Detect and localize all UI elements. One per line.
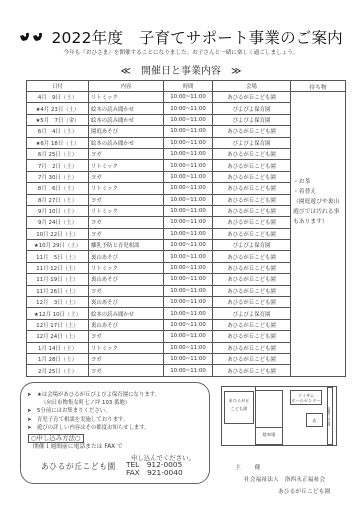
location-map: あひるが丘 こども園 駐車場 ライサム ホールセンター 店 県道三号線 — [221, 386, 337, 446]
time-cell: 10:00~11:00 — [164, 160, 213, 171]
time-cell: 10:00~11:00 — [164, 148, 213, 159]
time-cell: 10:00~11:00 — [164, 126, 213, 137]
content-cell: ヨガ — [89, 353, 164, 364]
page-title: 2022年度 子育てサポート事業のご案内 — [0, 26, 362, 48]
content-cell: リトミック — [89, 183, 164, 194]
table-row: 4月 9日（土）リトミック10:00~11:00あひるが丘こども園・お茶・着替え… — [27, 92, 346, 103]
date-cell: 4月 9日（土） — [27, 92, 89, 103]
date-cell: 8月 6日（土） — [27, 183, 89, 194]
content-cell: ヨガ — [89, 331, 164, 342]
venue-cell: あひるが丘こども園 — [213, 274, 291, 285]
venue-cell: あひるが丘こども園 — [213, 148, 291, 159]
date-cell: 1月 28日（土） — [27, 353, 89, 364]
venue-cell: ぴよぴよ保育園 — [213, 103, 291, 114]
date-cell: ★12月 10日（土） — [27, 308, 89, 319]
time-cell: 10:00~11:00 — [164, 262, 213, 273]
map-hall: ライサム ホールセンター — [290, 390, 322, 405]
bring-item: もあります） — [293, 217, 343, 227]
content-cell: リトミック — [89, 262, 164, 273]
time-cell: 10:00~11:00 — [164, 285, 213, 296]
note-item: ➤5分前にはお集まりください。 — [27, 407, 209, 415]
time-cell: 10:00~11:00 — [164, 171, 213, 182]
date-cell: 1月 14日（土） — [27, 342, 89, 353]
col-venue: 会場 — [213, 81, 291, 92]
bring-item: ・着替え — [293, 187, 343, 197]
venue-cell: あひるが丘こども園 — [213, 285, 291, 296]
apply-text: 開催１週間前に電話または FAX で — [33, 443, 209, 451]
date-cell: 6月 25日（土） — [27, 148, 89, 159]
map-block — [222, 387, 256, 445]
venue-cell: ぴよぴよ保育園 — [213, 240, 291, 251]
date-cell: 12月 17日（土） — [27, 319, 89, 330]
time-cell: 10:00~11:00 — [164, 228, 213, 239]
venue-cell: あひるが丘こども園 — [213, 126, 291, 137]
content-cell: ヨガ — [89, 171, 164, 182]
venue-cell: ぴよぴよ保育園 — [213, 308, 291, 319]
time-cell: 10:00~11:00 — [164, 92, 213, 103]
content-cell: 裏山あそび — [89, 319, 164, 330]
time-cell: 10:00~11:00 — [164, 240, 213, 251]
venue-cell: ぴよぴよ保育園 — [213, 114, 291, 125]
date-cell: 9月 10日（土） — [27, 205, 89, 216]
duck-icon — [19, 32, 49, 47]
map-parking: 駐車場 — [255, 427, 283, 445]
title-text: 2022年度 子育てサポート事業のご案内 — [51, 29, 342, 47]
info-box: ➤★は会場があひるが丘ぴよぴよ保育園になります。 （向日市物集女町七ノ坪 103… — [20, 382, 210, 484]
schedule-table: 日付 内容 時間 会場 持ち物 4月 9日（土）リトミック10:00~11:00… — [26, 80, 346, 377]
content-cell: ヨガ — [89, 365, 164, 376]
col-time: 時間 — [164, 81, 213, 92]
bring-items-cell: ・お茶・着替え（園庭遊びや裏山遊びでは汚れる事もあります） — [291, 92, 346, 377]
time-cell: 10:00~11:00 — [164, 103, 213, 114]
date-cell: 6月 4日（土） — [27, 126, 89, 137]
time-cell: 10:00~11:00 — [164, 319, 213, 330]
content-cell: 絵本の読み聞かせ — [89, 308, 164, 319]
content-cell: リトミック — [89, 205, 164, 216]
date-cell: 12月 3日（土） — [27, 297, 89, 308]
venue-cell: あひるが丘こども園 — [213, 365, 291, 376]
col-bring: 持ち物 — [291, 81, 346, 92]
venue-cell: あひるが丘こども園 — [213, 319, 291, 330]
date-cell: 11月 26日（土） — [27, 285, 89, 296]
section-title: ≪ 開催日と事業内容 ≫ — [0, 62, 362, 77]
note-item: ➤★は会場があひるが丘ぴよぴよ保育園になります。 — [27, 391, 209, 399]
venue-cell: あひるが丘こども園 — [213, 262, 291, 273]
col-date: 日付 — [27, 81, 89, 92]
time-cell: 10:00~11:00 — [164, 194, 213, 205]
content-cell: ヨガ — [89, 285, 164, 296]
venue-cell: あひるが丘こども園 — [213, 217, 291, 228]
date-cell: 11月 5日（土） — [27, 251, 89, 262]
time-cell: 10:00~11:00 — [164, 137, 213, 148]
venue-cell: あひるが丘こども園 — [213, 228, 291, 239]
time-cell: 10:00~11:00 — [164, 205, 213, 216]
note-item: ➤遊びの詳しい内容はその都度お知らせします。 — [27, 424, 209, 432]
venue-cell: あひるが丘こども園 — [213, 171, 291, 182]
note-address: （向日市物集女町七ノ坪 103 番地） — [27, 399, 209, 407]
venue-cell: あひるが丘こども園 — [213, 160, 291, 171]
map-shop: 店 — [306, 413, 323, 427]
map-road: 県道三号線 — [327, 387, 333, 445]
content-cell: 裏山あそび — [89, 251, 164, 262]
time-cell: 10:00~11:00 — [164, 365, 213, 376]
venue-cell: あひるが丘こども園 — [213, 342, 291, 353]
contact-numbers: TEL 912-0005FAX 921-0040 — [126, 461, 183, 476]
map-block — [255, 390, 283, 428]
note-item: ➤育児子育て相談を実施しております。 — [27, 416, 209, 424]
content-cell: ヨガ — [89, 194, 164, 205]
time-cell: 10:00~11:00 — [164, 297, 213, 308]
venue-cell: あひるが丘こども園 — [213, 205, 291, 216]
date-cell: 9月 24日（土） — [27, 217, 89, 228]
bring-item: 遊びでは汚れる事 — [293, 207, 343, 217]
table-header-row: 日付 内容 時間 会場 持ち物 — [27, 81, 346, 92]
content-cell: 裏山あそび — [89, 274, 164, 285]
venue-cell: あひるが丘こども園 — [213, 92, 291, 103]
date-cell: ★10月 29日（土） — [27, 240, 89, 251]
col-content: 内容 — [89, 81, 164, 92]
organizer: 主 催 社会福祉法人 洛西永正福祉会 あひるが丘こども園 — [232, 462, 330, 495]
time-cell: 10:00~11:00 — [164, 353, 213, 364]
date-cell: 11月 19日（土） — [27, 274, 89, 285]
time-cell: 10:00~11:00 — [164, 331, 213, 342]
organizer-line-1: 社会福祉法人 洛西永正福祉会 — [244, 474, 330, 483]
bring-item: （園庭遊びや裏山 — [293, 197, 343, 207]
content-cell: ヨガ — [89, 148, 164, 159]
date-cell: 7月 30日（土） — [27, 171, 89, 182]
time-cell: 10:00~11:00 — [164, 183, 213, 194]
date-cell: 10月 22日（土） — [27, 228, 89, 239]
content-cell: リトミック — [89, 160, 164, 171]
time-cell: 10:00~11:00 — [164, 114, 213, 125]
content-cell: リトミック — [89, 342, 164, 353]
organizer-line-2: あひるが丘こども園 — [278, 486, 330, 495]
date-cell: 7月 2日（土） — [27, 160, 89, 171]
content-cell: リトミック — [89, 92, 164, 103]
content-cell: 絵本の読み聞かせ — [89, 137, 164, 148]
venue-cell: あひるが丘こども園 — [213, 251, 291, 262]
date-cell: ★5月 7日（金） — [27, 114, 89, 125]
content-cell: 園庭あそび — [89, 126, 164, 137]
date-cell: 11月 12日（土） — [27, 262, 89, 273]
venue-cell: あひるが丘こども園 — [213, 331, 291, 342]
venue-cell: あひるが丘こども園 — [213, 183, 291, 194]
bring-item: ・お茶 — [293, 177, 343, 187]
subtitle: 今年も『おひさま』を開催することになりました。お子さんと一緒に楽しく過ごしましょ… — [0, 48, 362, 56]
date-cell: 2月 25日（土） — [27, 365, 89, 376]
date-cell: ★4月 23日（土） — [27, 103, 89, 114]
time-cell: 10:00~11:00 — [164, 274, 213, 285]
time-cell: 10:00~11:00 — [164, 342, 213, 353]
time-cell: 10:00~11:00 — [164, 251, 213, 262]
content-cell: 裏山あそび — [89, 297, 164, 308]
apply-heading: ○申し込み方法○ — [28, 434, 84, 443]
venue-cell: ぴよぴよ保育園 — [213, 137, 291, 148]
venue-cell: あひるが丘こども園 — [213, 194, 291, 205]
date-cell: 12月 24日（土） — [27, 331, 89, 342]
fax-number: FAX 921-0040 — [126, 469, 183, 477]
contact-org-name: あひるが丘こども園 — [41, 461, 116, 472]
time-cell: 10:00~11:00 — [164, 308, 213, 319]
venue-cell: あひるが丘こども園 — [213, 353, 291, 364]
content-cell: 絵本の読み聞かせ — [89, 114, 164, 125]
content-cell: ヨガ — [89, 228, 164, 239]
time-cell: 10:00~11:00 — [164, 217, 213, 228]
organizer-label: 主 催 — [235, 462, 330, 471]
date-cell: 8月 27日（土） — [27, 194, 89, 205]
date-cell: ★6月 18日（土） — [27, 137, 89, 148]
venue-cell: あひるが丘こども園 — [213, 297, 291, 308]
content-cell: 絵本の読み聞かせ — [89, 103, 164, 114]
content-cell: ヨガ — [89, 217, 164, 228]
content-cell: 離乳予防と育児相談 — [89, 240, 164, 251]
